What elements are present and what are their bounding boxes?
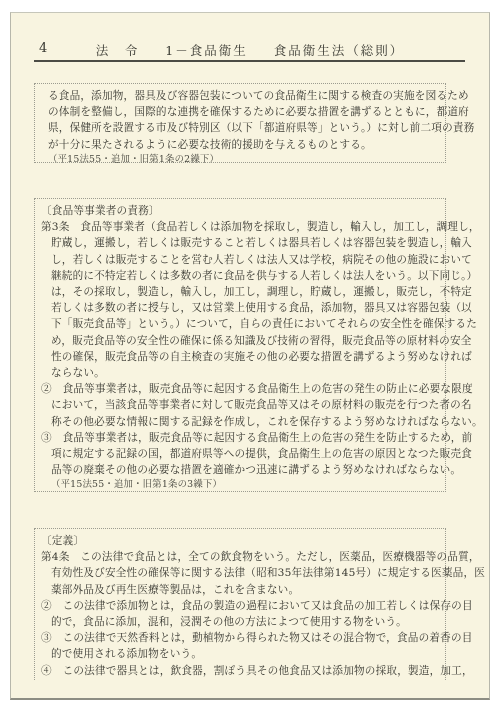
text-line: 第4条 この法律で食品とは，全ての飲食物をいう。ただし，医薬品，医療機器等の品質… [38,549,443,565]
text-line: ④ この法律で器具とは，飲食器，割ぽう具その他食品又は添加物の採取，製造，加工， [38,663,443,679]
law-block-article3: 〔食品等事業者の責務〕第3条 食品等事業者（食品若しくは添加物を採取し，製造し，… [34,198,446,492]
text-line: る食品，添加物，器具及び容器包装についての食品衛生に関する検査の実施を図るため [38,88,443,104]
text-line: において，当該食品等事業者に対して販売食品等又はその原材料の販売を行つた者の名 [38,397,443,413]
text-line: 〔食品等事業者の責務〕 [38,203,443,219]
text-line: ③ 食品等事業者は，販売食品等に起因する食品衛生上の危害の発生を防止するため，前 [38,430,443,446]
text-line: 県，保健所を設置する市及び特別区（以下「都道府県等」という。）に対し前二項の責務 [38,120,443,136]
text-line: 第3条 食品等事業者（食品若しくは添加物を採取し，製造し，輸入し，加工し，調理し… [38,219,443,235]
text-line: 称その他必要な情報に関する記録を作成し，これを保存するよう努めなければならない。 [38,414,443,430]
scanned-book-page: 4 法 令 1－食品衛生 食品衛生法（総則） る食品，添加物，器具及び容器包装に… [10,12,490,700]
text-line: 的で使用される添加物をいう。 [38,646,443,662]
text-line: 的で，食品に添加，混和，浸潤その他の方法によつて使用する物をいう。 [38,614,443,630]
header-rule [34,60,465,62]
text-line: 貯蔵し，運搬し，若しくは販売すること若しくは器具若しくは容器包装を製造し，輸入 [38,235,443,251]
text-line: が十分に果たされるように必要な技術的援助を与えるものとする。 [38,137,443,153]
text-line: 若しくは多数の者に授与し，又は営業上使用する食品，添加物，器具又は容器包装（以 [38,300,443,316]
text-line: 項に規定する記録の国，都道府県等への提供，食品衛生上の危害の原因となつた販売食 [38,446,443,462]
running-head-law-title: 食品衛生法（総則） [274,41,405,59]
text-line: ② この法律で添加物とは，食品の製造の過程において又は食品の加工若しくは保存の目 [38,598,443,614]
running-head-chapter: 1－食品衛生 [165,41,247,59]
text-line: し，若しくは販売することを営む人若しくは法人又は学校，病院その他の施設において [38,252,443,268]
text-line: 有効性及び安全性の確保等に関する法律（昭和35年法律第145号）に規定する医薬品… [38,565,443,581]
text-line: ならない。 [38,365,443,381]
text-line: ② 食品等事業者は，販売食品等に起因する食品衛生上の危害の発生の防止に必要な限度 [38,381,443,397]
text-line: の体制を整備し，国際的な連携を確保するために必要な措置を講ずるとともに，都道府 [38,104,443,120]
text-line: 継続的に不特定若しくは多数の者に食品を供与する人若しくは法人をいう。以下同じ。） [38,268,443,284]
text-line: （平15法55・追加・旧第1条の2繰下） [38,153,443,167]
text-line: 薬部外品及び再生医療等製品は，これを含まない。 [38,582,443,598]
text-line: め，販売食品等の安全性の確保に係る知識及び技術の習得，販売食品等の原材料の安全 [38,333,443,349]
running-head-section: 法 令 [96,41,140,59]
law-block-article4: 〔定義〕第4条 この法律で食品とは，全ての飲食物をいう。ただし，医薬品，医療機器… [34,528,446,680]
text-line: ③ この法律で天然香料とは，動植物から得られた物又はその混合物で，食品の着香の目 [38,630,443,646]
text-line: 〔定義〕 [38,533,443,549]
running-head: 法 令 1－食品衛生 食品衛生法（総則） [11,41,489,59]
text-line: 性の確保，販売食品等の自主検査の実施その他の必要な措置を講ずるよう努めなければ [38,349,443,365]
text-line: （平15法55・追加・旧第1条の3繰下） [38,478,443,492]
law-block-article2-continuation: る食品，添加物，器具及び容器包装についての食品衛生に関する検査の実施を図るための… [34,83,446,163]
text-line: 品等の廃棄その他の必要な措置を適確かつ迅速に講ずるよう努めなければならない。 [38,462,443,478]
text-line: 下「販売食品等」という。）について，自らの責任においてそれらの安全性を確保するた [38,316,443,332]
text-line: は，その採取し，製造し，輸入し，加工し，調理し，貯蔵し，運搬し，販売し，不特定 [38,284,443,300]
